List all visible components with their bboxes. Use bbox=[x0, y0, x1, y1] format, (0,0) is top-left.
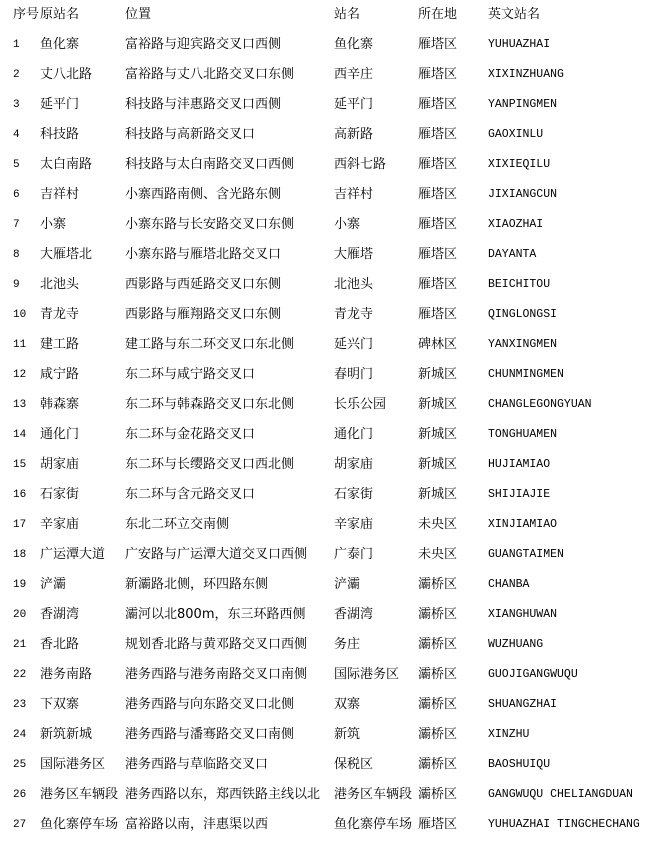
table-row: 21 香北路 规划香北路与黄邓路交叉口西侧 务庄 灞桥区 WUZHUANG bbox=[0, 630, 671, 660]
cell-district: 新城区 bbox=[418, 420, 457, 450]
table-row: 18 广运潭大道 广安路与广运潭大道交叉口西侧 广泰门 未央区 GUANGTAI… bbox=[0, 540, 671, 570]
cell-location: 东二环与长缨路交叉口西北侧 bbox=[125, 450, 294, 480]
cell-district: 雁塔区 bbox=[418, 270, 457, 300]
cell-district: 未央区 bbox=[418, 510, 457, 540]
cell-district: 灞桥区 bbox=[418, 570, 457, 600]
cell-original-name: 国际港务区 bbox=[40, 750, 105, 780]
cell-location: 广安路与广运潭大道交叉口西侧 bbox=[125, 540, 307, 570]
cell-no: 12 bbox=[13, 360, 26, 390]
cell-station-name: 大雁塔 bbox=[334, 240, 373, 270]
cell-original-name: 胡家庙 bbox=[40, 450, 79, 480]
cell-station-name: 港务区车辆段 bbox=[334, 780, 412, 810]
cell-original-name: 浐灞 bbox=[40, 570, 66, 600]
table-row: 14 通化门 东二环与金花路交叉口 通化门 新城区 TONGHUAMEN bbox=[0, 420, 671, 450]
cell-english-name: SHUANGZHAI bbox=[488, 690, 557, 720]
cell-english-name: XINJIAMIAO bbox=[488, 510, 557, 540]
cell-district: 未央区 bbox=[418, 540, 457, 570]
table-row: 5 太白南路 科技路与太白南路交叉口西侧 西斜七路 雁塔区 XIXIEQILU bbox=[0, 150, 671, 180]
cell-original-name: 咸宁路 bbox=[40, 360, 79, 390]
cell-no: 1 bbox=[13, 30, 20, 60]
cell-english-name: XIANGHUWAN bbox=[488, 600, 557, 630]
cell-original-name: 大雁塔北 bbox=[40, 240, 92, 270]
cell-station-name: 务庄 bbox=[334, 630, 360, 660]
cell-station-name: 辛家庙 bbox=[334, 510, 373, 540]
table-row: 4 科技路 科技路与高新路交叉口 高新路 雁塔区 GAOXINLU bbox=[0, 120, 671, 150]
cell-no: 14 bbox=[13, 420, 26, 450]
cell-district: 新城区 bbox=[418, 450, 457, 480]
cell-location: 港务西路与潘骞路交叉口南侧 bbox=[125, 720, 294, 750]
cell-no: 10 bbox=[13, 300, 26, 330]
cell-location: 新灞路北侧，环四路东侧 bbox=[125, 570, 268, 600]
cell-english-name: BEICHITOU bbox=[488, 270, 550, 300]
cell-original-name: 太白南路 bbox=[40, 150, 92, 180]
cell-station-name: 西辛庄 bbox=[334, 60, 373, 90]
cell-english-name: JIXIANGCUN bbox=[488, 180, 557, 210]
table-row: 3 延平门 科技路与沣惠路交叉口西侧 延平门 雁塔区 YANPINGMEN bbox=[0, 90, 671, 120]
table-row: 6 吉祥村 小寨西路南侧、含光路东侧 吉祥村 雁塔区 JIXIANGCUN bbox=[0, 180, 671, 210]
cell-location: 小寨东路与雁塔北路交叉口 bbox=[125, 240, 281, 270]
cell-english-name: YUHUAZHAI TINGCHECHANG bbox=[488, 810, 640, 840]
table-row: 13 韩森寨 东二环与韩森路交叉口东北侧 长乐公园 新城区 CHANGLEGON… bbox=[0, 390, 671, 420]
table-row: 11 建工路 建工路与东二环交叉口东北侧 延兴门 碑林区 YANXINGMEN bbox=[0, 330, 671, 360]
cell-location: 富裕路与丈八北路交叉口东侧 bbox=[125, 60, 294, 90]
cell-original-name: 港务南路 bbox=[40, 660, 92, 690]
cell-no: 7 bbox=[13, 210, 20, 240]
cell-no: 25 bbox=[13, 750, 26, 780]
cell-original-name: 科技路 bbox=[40, 120, 79, 150]
header-english-name: 英文站名 bbox=[488, 0, 540, 30]
cell-location: 科技路与沣惠路交叉口西侧 bbox=[125, 90, 281, 120]
cell-no: 23 bbox=[13, 690, 26, 720]
cell-location: 东二环与含元路交叉口 bbox=[125, 480, 255, 510]
cell-district: 雁塔区 bbox=[418, 300, 457, 330]
cell-district: 雁塔区 bbox=[418, 30, 457, 60]
cell-station-name: 高新路 bbox=[334, 120, 373, 150]
cell-district: 雁塔区 bbox=[418, 120, 457, 150]
cell-district: 雁塔区 bbox=[418, 150, 457, 180]
cell-location: 小寨西路南侧、含光路东侧 bbox=[125, 180, 281, 210]
cell-no: 24 bbox=[13, 720, 26, 750]
cell-district: 灞桥区 bbox=[418, 780, 457, 810]
cell-no: 4 bbox=[13, 120, 20, 150]
cell-location: 东二环与咸宁路交叉口 bbox=[125, 360, 255, 390]
cell-original-name: 通化门 bbox=[40, 420, 79, 450]
cell-english-name: GANGWUQU CHELIANGDUAN bbox=[488, 780, 633, 810]
cell-district: 新城区 bbox=[418, 360, 457, 390]
cell-original-name: 丈八北路 bbox=[40, 60, 92, 90]
table-row: 27 鱼化寨停车场 富裕路以南，沣惠渠以西 鱼化寨停车场 雁塔区 YUHUAZH… bbox=[0, 810, 671, 840]
cell-no: 22 bbox=[13, 660, 26, 690]
cell-no: 19 bbox=[13, 570, 26, 600]
cell-station-name: 广泰门 bbox=[334, 540, 373, 570]
cell-no: 16 bbox=[13, 480, 26, 510]
table-row: 9 北池头 西影路与西延路交叉口东侧 北池头 雁塔区 BEICHITOU bbox=[0, 270, 671, 300]
cell-station-name: 北池头 bbox=[334, 270, 373, 300]
cell-original-name: 港务区车辆段 bbox=[40, 780, 118, 810]
cell-original-name: 新筑新城 bbox=[40, 720, 92, 750]
cell-no: 13 bbox=[13, 390, 26, 420]
table-row: 16 石家街 东二环与含元路交叉口 石家街 新城区 SHIJIAJIE bbox=[0, 480, 671, 510]
cell-english-name: SHIJIAJIE bbox=[488, 480, 550, 510]
cell-station-name: 小寨 bbox=[334, 210, 360, 240]
cell-original-name: 辛家庙 bbox=[40, 510, 79, 540]
cell-original-name: 青龙寺 bbox=[40, 300, 79, 330]
cell-station-name: 延平门 bbox=[334, 90, 373, 120]
cell-location: 富裕路与迎宾路交叉口西侧 bbox=[125, 30, 281, 60]
cell-location: 东二环与韩森路交叉口东北侧 bbox=[125, 390, 294, 420]
header-original-name: 原站名 bbox=[40, 0, 79, 30]
table-row: 8 大雁塔北 小寨东路与雁塔北路交叉口 大雁塔 雁塔区 DAYANTA bbox=[0, 240, 671, 270]
cell-station-name: 鱼化寨停车场 bbox=[334, 810, 412, 840]
cell-location: 灞河以北800m，东三环路西侧 bbox=[125, 600, 305, 630]
cell-original-name: 石家街 bbox=[40, 480, 79, 510]
table-header-row: 序号 原站名 位置 站名 所在地 英文站名 bbox=[0, 0, 671, 30]
cell-district: 灞桥区 bbox=[418, 600, 457, 630]
cell-no: 11 bbox=[13, 330, 26, 360]
cell-original-name: 延平门 bbox=[40, 90, 79, 120]
cell-original-name: 下双寨 bbox=[40, 690, 79, 720]
cell-location: 港务西路以东，郑西铁路主线以北 bbox=[125, 780, 320, 810]
cell-station-name: 长乐公园 bbox=[334, 390, 386, 420]
cell-location: 富裕路以南，沣惠渠以西 bbox=[125, 810, 268, 840]
cell-english-name: XIXIEQILU bbox=[488, 150, 550, 180]
table-row: 10 青龙寺 西影路与雁翔路交叉口东侧 青龙寺 雁塔区 QINGLONGSI bbox=[0, 300, 671, 330]
cell-english-name: WUZHUANG bbox=[488, 630, 543, 660]
cell-english-name: YANXINGMEN bbox=[488, 330, 557, 360]
cell-location: 规划香北路与黄邓路交叉口西侧 bbox=[125, 630, 307, 660]
table-row: 12 咸宁路 东二环与咸宁路交叉口 春明门 新城区 CHUNMINGMEN bbox=[0, 360, 671, 390]
table-row: 7 小寨 小寨东路与长安路交叉口东侧 小寨 雁塔区 XIAOZHAI bbox=[0, 210, 671, 240]
table-row: 25 国际港务区 港务西路与草临路交叉口 保税区 灞桥区 BAOSHUIQU bbox=[0, 750, 671, 780]
cell-station-name: 延兴门 bbox=[334, 330, 373, 360]
table-row: 22 港务南路 港务西路与港务南路交叉口南侧 国际港务区 灞桥区 GUOJIGA… bbox=[0, 660, 671, 690]
cell-english-name: XIXINZHUANG bbox=[488, 60, 564, 90]
cell-district: 雁塔区 bbox=[418, 60, 457, 90]
cell-station-name: 双寨 bbox=[334, 690, 360, 720]
cell-original-name: 广运潭大道 bbox=[40, 540, 105, 570]
cell-original-name: 北池头 bbox=[40, 270, 79, 300]
cell-english-name: DAYANTA bbox=[488, 240, 536, 270]
cell-location: 建工路与东二环交叉口东北侧 bbox=[125, 330, 294, 360]
cell-english-name: GUOJIGANGWUQU bbox=[488, 660, 578, 690]
cell-district: 碑林区 bbox=[418, 330, 457, 360]
cell-station-name: 胡家庙 bbox=[334, 450, 373, 480]
cell-district: 灞桥区 bbox=[418, 690, 457, 720]
cell-english-name: XIAOZHAI bbox=[488, 210, 543, 240]
cell-station-name: 鱼化寨 bbox=[334, 30, 373, 60]
cell-no: 17 bbox=[13, 510, 26, 540]
cell-station-name: 青龙寺 bbox=[334, 300, 373, 330]
cell-district: 雁塔区 bbox=[418, 240, 457, 270]
cell-location: 港务西路与向东路交叉口北侧 bbox=[125, 690, 294, 720]
cell-no: 9 bbox=[13, 270, 20, 300]
cell-district: 雁塔区 bbox=[418, 810, 457, 840]
cell-no: 18 bbox=[13, 540, 26, 570]
cell-no: 26 bbox=[13, 780, 26, 810]
header-district: 所在地 bbox=[418, 0, 457, 30]
cell-no: 8 bbox=[13, 240, 20, 270]
table-row: 1 鱼化寨 富裕路与迎宾路交叉口西侧 鱼化寨 雁塔区 YUHUAZHAI bbox=[0, 30, 671, 60]
cell-station-name: 西斜七路 bbox=[334, 150, 386, 180]
cell-station-name: 保税区 bbox=[334, 750, 373, 780]
cell-english-name: TONGHUAMEN bbox=[488, 420, 557, 450]
cell-no: 3 bbox=[13, 90, 20, 120]
cell-district: 灞桥区 bbox=[418, 750, 457, 780]
cell-no: 5 bbox=[13, 150, 20, 180]
table-row: 17 辛家庙 东北二环立交南侧 辛家庙 未央区 XINJIAMIAO bbox=[0, 510, 671, 540]
cell-district: 雁塔区 bbox=[418, 210, 457, 240]
header-no: 序号 bbox=[13, 0, 39, 30]
cell-district: 雁塔区 bbox=[418, 180, 457, 210]
cell-english-name: YANPINGMEN bbox=[488, 90, 557, 120]
cell-english-name: CHANGLEGONGYUAN bbox=[488, 390, 592, 420]
cell-english-name: GAOXINLU bbox=[488, 120, 543, 150]
cell-location: 西影路与雁翔路交叉口东侧 bbox=[125, 300, 281, 330]
cell-original-name: 鱼化寨停车场 bbox=[40, 810, 118, 840]
cell-station-name: 国际港务区 bbox=[334, 660, 399, 690]
cell-original-name: 建工路 bbox=[40, 330, 79, 360]
cell-original-name: 吉祥村 bbox=[40, 180, 79, 210]
cell-district: 新城区 bbox=[418, 480, 457, 510]
cell-english-name: YUHUAZHAI bbox=[488, 30, 550, 60]
cell-location: 港务西路与港务南路交叉口南侧 bbox=[125, 660, 307, 690]
cell-no: 20 bbox=[13, 600, 26, 630]
cell-original-name: 香北路 bbox=[40, 630, 79, 660]
cell-no: 27 bbox=[13, 810, 26, 840]
cell-location: 东北二环立交南侧 bbox=[125, 510, 229, 540]
cell-station-name: 通化门 bbox=[334, 420, 373, 450]
cell-original-name: 鱼化寨 bbox=[40, 30, 79, 60]
cell-original-name: 韩森寨 bbox=[40, 390, 79, 420]
cell-location: 小寨东路与长安路交叉口东侧 bbox=[125, 210, 294, 240]
cell-english-name: BAOSHUIQU bbox=[488, 750, 550, 780]
cell-no: 2 bbox=[13, 60, 20, 90]
cell-english-name: XINZHU bbox=[488, 720, 529, 750]
cell-station-name: 香湖湾 bbox=[334, 600, 373, 630]
table-row: 23 下双寨 港务西路与向东路交叉口北侧 双寨 灞桥区 SHUANGZHAI bbox=[0, 690, 671, 720]
cell-location: 科技路与太白南路交叉口西侧 bbox=[125, 150, 294, 180]
cell-original-name: 香湖湾 bbox=[40, 600, 79, 630]
cell-english-name: CHANBA bbox=[488, 570, 529, 600]
cell-station-name: 新筑 bbox=[334, 720, 360, 750]
cell-no: 6 bbox=[13, 180, 20, 210]
cell-station-name: 石家街 bbox=[334, 480, 373, 510]
header-location: 位置 bbox=[125, 0, 151, 30]
cell-english-name: QINGLONGSI bbox=[488, 300, 557, 330]
header-station-name: 站名 bbox=[334, 0, 360, 30]
cell-station-name: 浐灞 bbox=[334, 570, 360, 600]
cell-english-name: HUJIAMIAO bbox=[488, 450, 550, 480]
table-row: 15 胡家庙 东二环与长缨路交叉口西北侧 胡家庙 新城区 HUJIAMIAO bbox=[0, 450, 671, 480]
cell-station-name: 吉祥村 bbox=[334, 180, 373, 210]
cell-station-name: 春明门 bbox=[334, 360, 373, 390]
cell-district: 雁塔区 bbox=[418, 90, 457, 120]
cell-no: 15 bbox=[13, 450, 26, 480]
cell-district: 灞桥区 bbox=[418, 630, 457, 660]
table-row: 19 浐灞 新灞路北侧，环四路东侧 浐灞 灞桥区 CHANBA bbox=[0, 570, 671, 600]
table-row: 26 港务区车辆段 港务西路以东，郑西铁路主线以北 港务区车辆段 灞桥区 GAN… bbox=[0, 780, 671, 810]
cell-district: 灞桥区 bbox=[418, 720, 457, 750]
cell-location: 港务西路与草临路交叉口 bbox=[125, 750, 268, 780]
cell-district: 灞桥区 bbox=[418, 660, 457, 690]
table-row: 20 香湖湾 灞河以北800m，东三环路西侧 香湖湾 灞桥区 XIANGHUWA… bbox=[0, 600, 671, 630]
table-row: 2 丈八北路 富裕路与丈八北路交叉口东侧 西辛庄 雁塔区 XIXINZHUANG bbox=[0, 60, 671, 90]
cell-location: 东二环与金花路交叉口 bbox=[125, 420, 255, 450]
cell-no: 21 bbox=[13, 630, 26, 660]
cell-district: 新城区 bbox=[418, 390, 457, 420]
cell-location: 科技路与高新路交叉口 bbox=[125, 120, 255, 150]
table-row: 24 新筑新城 港务西路与潘骞路交叉口南侧 新筑 灞桥区 XINZHU bbox=[0, 720, 671, 750]
cell-english-name: CHUNMINGMEN bbox=[488, 360, 564, 390]
cell-original-name: 小寨 bbox=[40, 210, 66, 240]
cell-english-name: GUANGTAIMEN bbox=[488, 540, 564, 570]
cell-location: 西影路与西延路交叉口东侧 bbox=[125, 270, 281, 300]
